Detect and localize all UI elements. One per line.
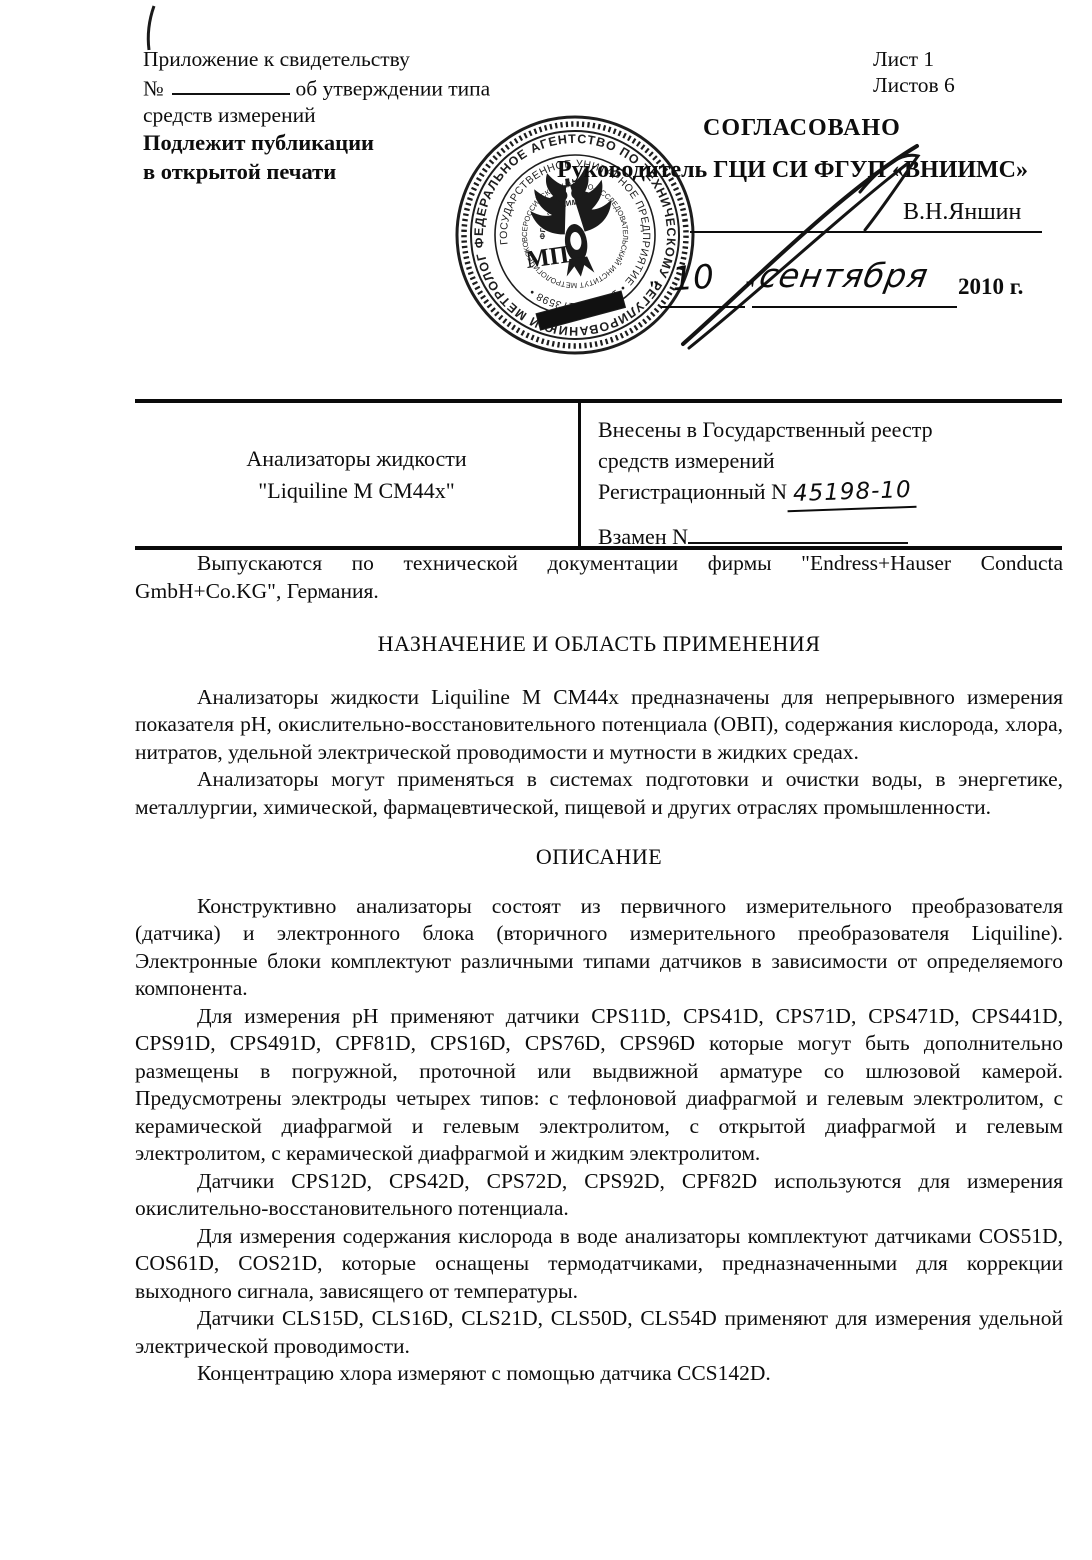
sheets-total: Листов 6 [873,72,955,98]
certificate-number-line: №об утверждении типа [143,73,490,102]
sheet-number: Лист 1 [873,46,955,72]
approval-type-text: об утверждении типа [296,76,491,100]
paragraph-oxygen-sensors: Для измерения содержания кислорода в вод… [135,1223,1063,1306]
document-body: Выпускаются по технической документации … [135,550,1063,1388]
device-name-cell: Анализаторы жидкости "Liquiline M CM44x" [135,403,581,546]
registry-cell: Внесены в Государственный реестр средств… [581,403,1062,546]
registration-table: Анализаторы жидкости "Liquiline M CM44x"… [135,399,1062,550]
replaces-label: Взамен N [598,524,688,549]
handwritten-registration-number: 45198-10 [786,475,916,512]
sheet-counter-block: Лист 1 Листов 6 [873,46,955,98]
paragraph-chlorine-sensor: Концентрацию хлора измеряют с помощью да… [135,1360,1063,1388]
month-underline [752,306,957,308]
paragraph-description-1: Конструктивно анализаторы состоят из пер… [135,893,1063,1003]
replaces-line: Взамен N [598,521,1062,552]
publication-line-2: в открытой печати [143,158,490,187]
paragraph-conductivity-sensors: Датчики CLS15D, CLS16D, CLS21D, CLS50D, … [135,1305,1063,1360]
date-close-quote: " [744,276,756,302]
handwritten-signature [655,130,975,360]
number-sign: № [143,76,164,100]
appendix-line: Приложение к свидетельству [143,46,490,73]
device-name-line-2: "Liquiline M CM44x" [258,475,454,507]
registration-label: Регистрационный N [598,479,787,504]
paragraph-purpose-1: Анализаторы жидкости Liquiline M CM44x п… [135,684,1063,767]
paragraph-ph-sensors: Для измерения pH применяют датчики CPS11… [135,1003,1063,1168]
handwritten-month: сентября [757,256,932,295]
paragraph-orp-sensors: Датчики CPS12D, CPS42D, CPS72D, CPS92D, … [135,1168,1063,1223]
date-open-quote: " [648,276,660,302]
intro-paragraph: Выпускаются по технической документации … [135,550,1063,605]
registration-number-line: Регистрационный N45198-10 [598,476,1062,510]
header-left-block: Приложение к свидетельству №об утвержден… [143,46,490,186]
paragraph-purpose-2: Анализаторы могут применяться в системах… [135,766,1063,821]
replaces-blank [688,521,908,544]
publication-line-1: Подлежит публикации [143,129,490,158]
stamp-mp-mark: МП [524,241,570,274]
certificate-number-blank [172,73,290,95]
device-name-line-1: Анализаторы жидкости [246,443,466,475]
registry-line-2: средств измерений [598,445,1062,476]
section-title-description: ОПИСАНИЕ [135,843,1063,871]
date-year: 2010 г. [958,274,1023,300]
scanned-document-page: Приложение к свидетельству №об утвержден… [0,0,1092,1560]
section-title-purpose: НАЗНАЧЕНИЕ И ОБЛАСТЬ ПРИМЕНЕНИЯ [135,630,1063,658]
handwritten-day: 10 [671,257,716,299]
measuring-instruments-line: средств измерений [143,102,490,129]
registry-line-1: Внесены в Государственный реестр [598,414,1062,445]
day-underline [661,306,745,308]
